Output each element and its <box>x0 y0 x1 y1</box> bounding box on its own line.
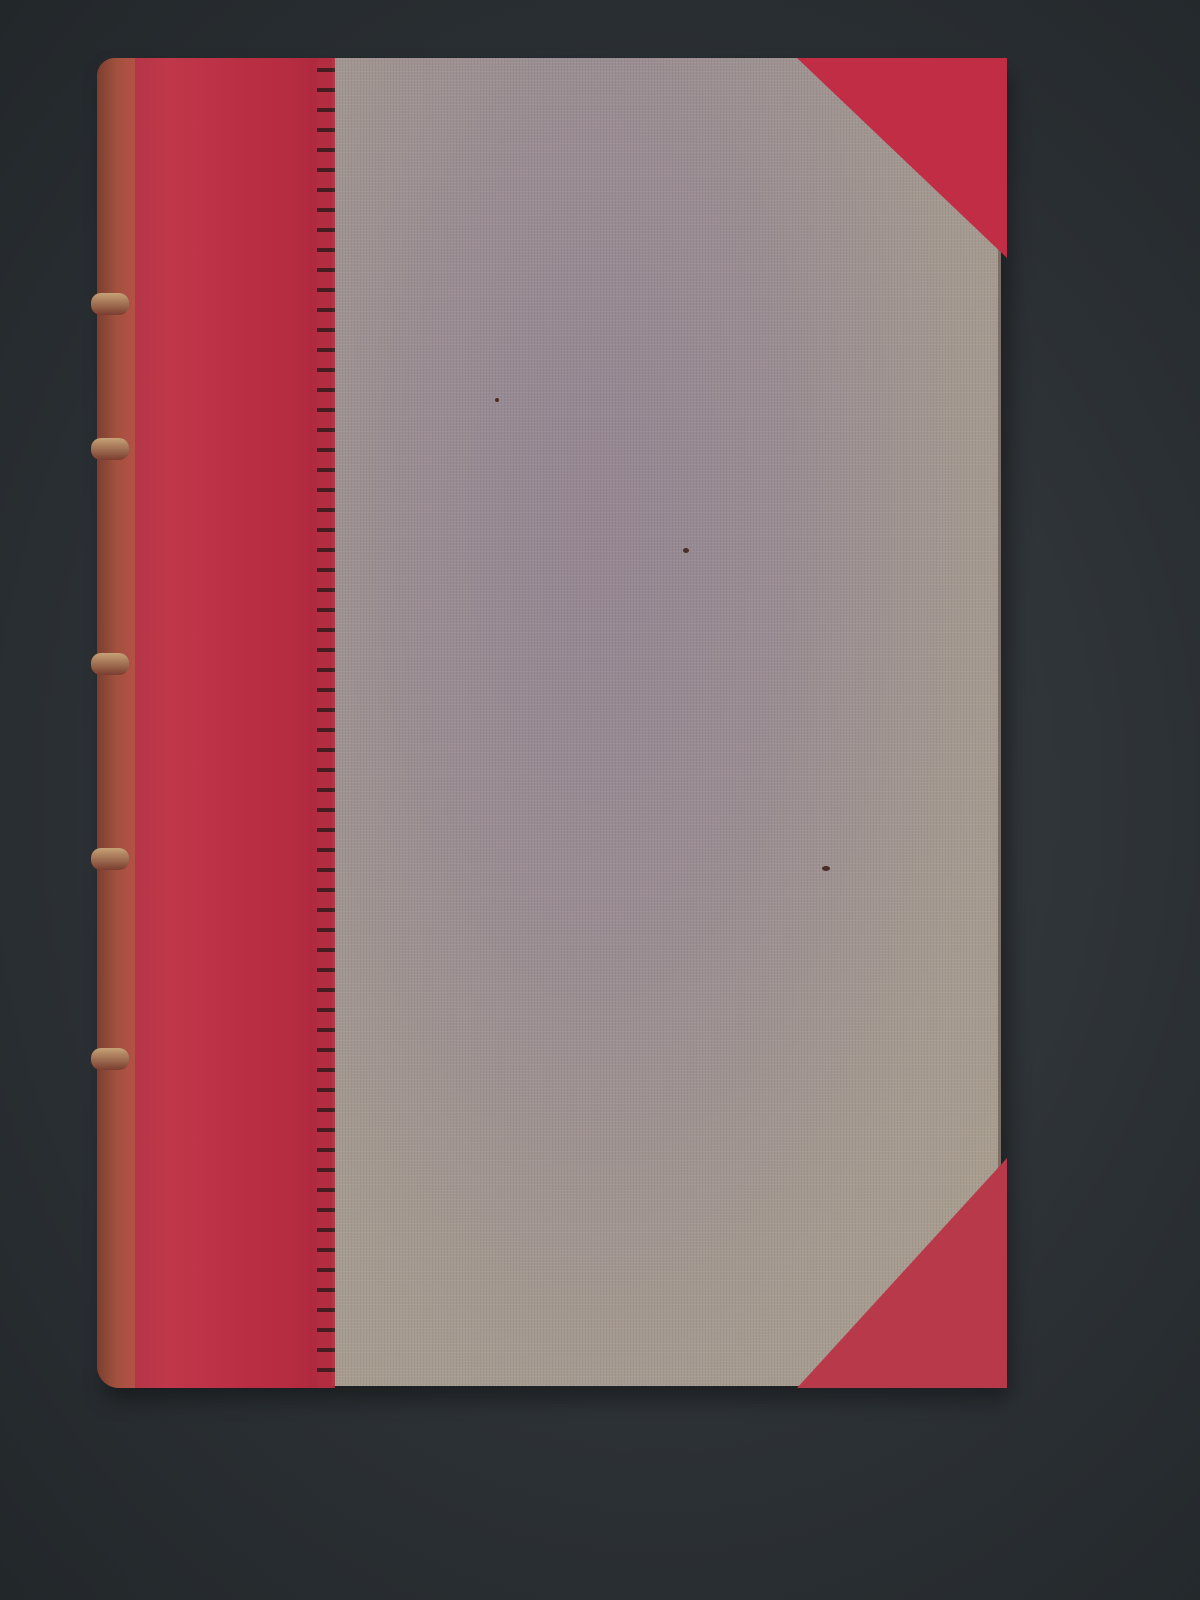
spine-rib <box>91 438 129 460</box>
stain-mark <box>822 866 830 871</box>
leather-corner-bottom-right <box>797 1158 1007 1388</box>
tooled-edge <box>317 58 335 1388</box>
spine-rib <box>91 653 129 675</box>
leather-spine <box>97 58 332 1388</box>
spine-rib <box>91 1048 129 1070</box>
spine-rib <box>91 293 129 315</box>
stain-mark <box>495 398 499 402</box>
book-cover <box>97 58 1007 1388</box>
spine-band <box>97 58 135 1388</box>
spine-rib <box>91 848 129 870</box>
leather-corner-top-right <box>797 58 1007 258</box>
stain-mark <box>683 548 689 553</box>
